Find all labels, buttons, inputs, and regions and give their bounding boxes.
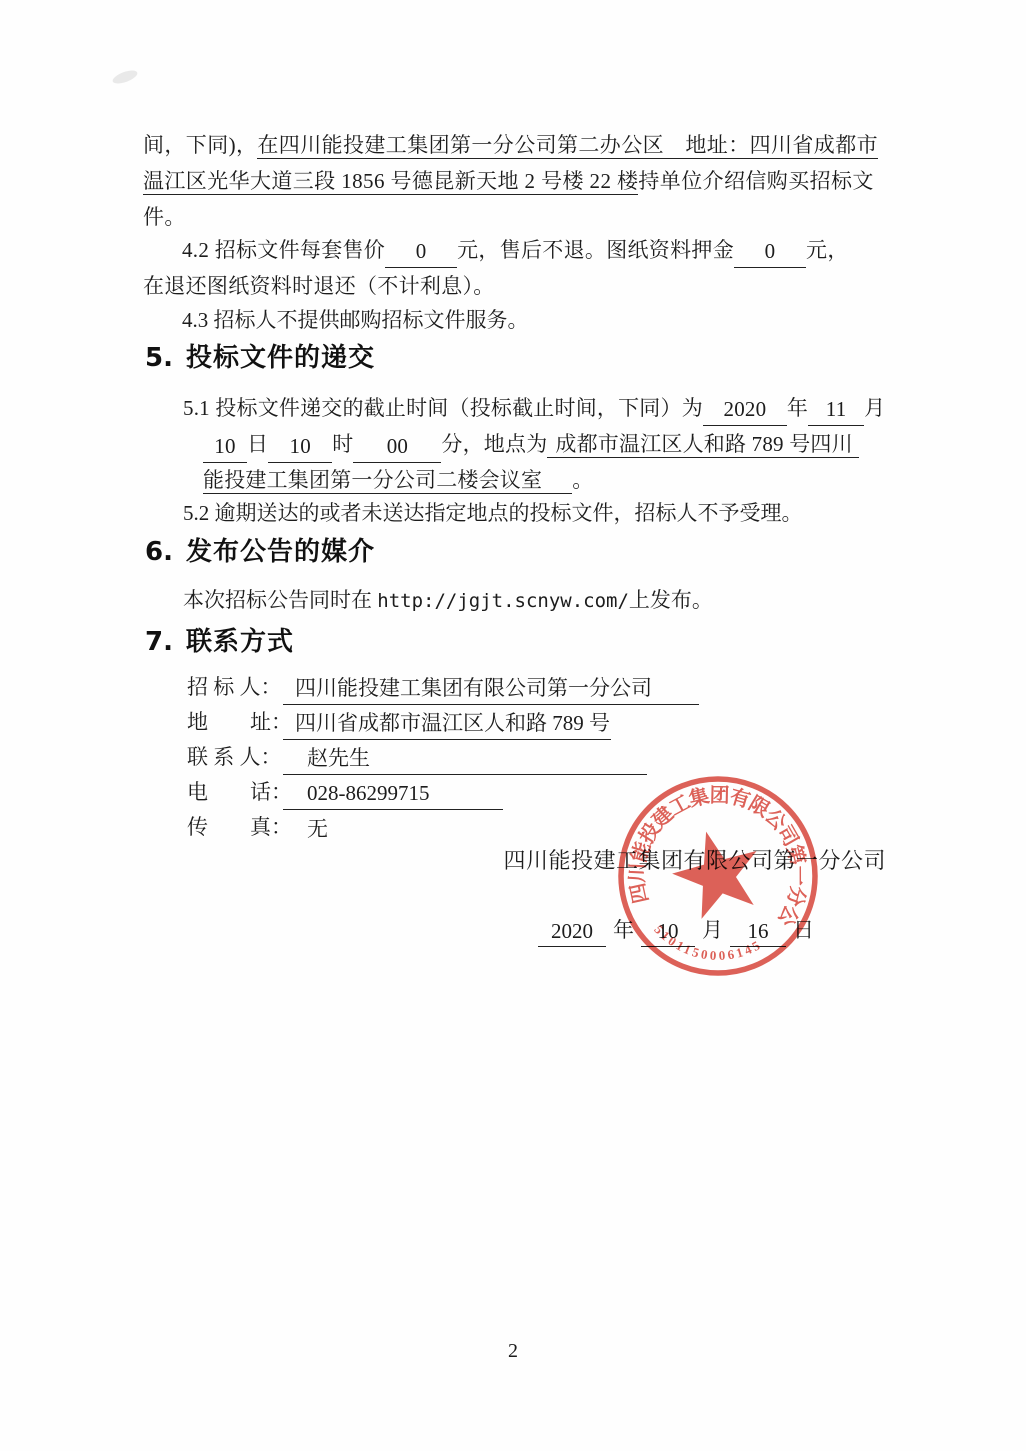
underlined-location: 在四川能投建工集团第一分公司第二办公区 地址：四川省成都市 (257, 133, 878, 159)
contact-value: 四川能投建工集团有限公司第一分公司 (283, 671, 699, 705)
text-run: 时 (332, 432, 353, 456)
clause-4-3: 4.3 招标人不提供邮购招标文件服务。 (182, 302, 529, 338)
clause-5-1: 5.1 投标文件递交的截止时间（投标截止时间，下同）为2020年11月 10日1… (183, 390, 885, 498)
text-run: 分，地点为 (441, 432, 547, 456)
contact-row-person: 联 系 人： 赵先生 (187, 740, 699, 775)
company-seal-stamp: 四川能投建工集团有限公司第一分公司 5101150006145 (615, 773, 821, 979)
heading-title: 联系方式 (186, 625, 294, 659)
text-run: 元， (806, 238, 849, 262)
contact-value: 赵先生 (283, 741, 647, 775)
clause-4-2: 4.2 招标文件每套售价0元，售后不退。图纸资料押金0元， 在退还图纸资料时退还… (143, 232, 923, 304)
text-run: 4.2 招标文件每套售价 (182, 238, 385, 262)
section-7-heading: 7.联系方式 (145, 625, 294, 659)
heading-title: 投标文件的递交 (186, 341, 375, 375)
text-run: 。 (572, 468, 593, 492)
clause-5-2: 5.2 逾期送达的或者未送达指定地点的投标文件，招标人不予受理。 (183, 495, 803, 531)
hour-blank: 10 (268, 428, 332, 463)
heading-number: 5. (145, 341, 173, 375)
paragraph-line: 间，下同)，在四川能投建工集团第一分公司第二办公区 地址：四川省成都市 (143, 127, 913, 163)
heading-number: 6. (145, 535, 173, 569)
paragraph-line: 温江区光华大道三段 1856 号德昆新天地 2 号楼 22 楼持单位介绍信购买招… (143, 163, 913, 199)
seal-star-icon (664, 820, 770, 923)
text-run: 月 (864, 396, 885, 420)
contact-label: 联 系 人： (187, 740, 283, 775)
contact-value: 四川省成都市温江区人和路 789 号 (283, 706, 611, 740)
year-blank: 2020 (703, 391, 787, 426)
continued-paragraph: 间，下同)，在四川能投建工集团第一分公司第二办公区 地址：四川省成都市 温江区光… (143, 127, 913, 235)
heading-number: 7. (145, 625, 173, 659)
page-number: 2 (0, 1340, 1026, 1363)
contact-label: 传 真： (187, 810, 283, 845)
contact-label: 地 址： (187, 705, 283, 740)
date-year-blank: 2020 (538, 914, 606, 947)
place-underline: 能投建工集团第一分公司二楼会议室 (203, 468, 572, 494)
contact-row-tenderee: 招 标 人： 四川能投建工集团有限公司第一分公司 (187, 670, 699, 705)
text-run: 持单位介绍信购买招标文 (638, 169, 873, 193)
place-underline: 成都市温江区人和路 789 号四川 (547, 432, 858, 458)
text-run: 本次招标公告同时在 (183, 588, 377, 612)
text-run: 4.3 招标人不提供邮购招标文件服务。 (182, 308, 529, 332)
paragraph-line: 5.1 投标文件递交的截止时间（投标截止时间，下同）为2020年11月 (183, 390, 885, 426)
document-page: 间，下同)，在四川能投建工集团第一分公司第二办公区 地址：四川省成都市 温江区光… (0, 0, 1026, 1451)
section-6-heading: 6.发布公告的媒介 (145, 535, 375, 569)
minute-blank: 00 (353, 428, 441, 463)
contact-label: 招 标 人： (187, 670, 283, 705)
text-run: 5.2 逾期送达的或者未送达指定地点的投标文件，招标人不予受理。 (183, 501, 803, 525)
section-5-heading: 5.投标文件的递交 (145, 341, 375, 375)
text-run: 5.1 投标文件递交的截止时间（投标截止时间，下同）为 (183, 396, 703, 420)
scan-speck (111, 68, 139, 86)
deposit-blank: 0 (734, 233, 806, 268)
paragraph-line: 能投建工集团第一分公司二楼会议室。 (203, 462, 885, 498)
price-blank: 0 (385, 233, 457, 268)
text-run: 年 (787, 396, 808, 420)
text-run: 件。 (143, 205, 186, 229)
day-blank: 10 (203, 428, 247, 463)
underlined-address: 温江区光华大道三段 1856 号德昆新天地 2 号楼 22 楼 (143, 169, 638, 195)
announcement-url: http://jgjt.scnyw.com/ (377, 590, 629, 612)
paragraph-line: 10日10时00分，地点为成都市温江区人和路 789 号四川 (203, 426, 885, 462)
paragraph-line: 件。 (143, 199, 913, 235)
contact-row-address: 地 址： 四川省成都市温江区人和路 789 号 (187, 705, 699, 740)
month-blank: 11 (808, 391, 864, 426)
seal-graphic: 四川能投建工集团有限公司第一分公司 5101150006145 (615, 773, 821, 979)
publish-media-paragraph: 本次招标公告同时在 http://jgjt.scnyw.com/上发布。 (183, 582, 713, 618)
paragraph-line: 4.2 招标文件每套售价0元，售后不退。图纸资料押金0元， (143, 232, 923, 268)
heading-title: 发布公告的媒介 (186, 535, 375, 569)
contact-value: 无 (283, 812, 328, 845)
text-run: 间，下同)， (143, 133, 257, 157)
contact-value: 028-86299715 (283, 776, 503, 810)
text-run: 在退还图纸资料时退还（不计利息）。 (143, 274, 495, 298)
paragraph-line: 在退还图纸资料时退还（不计利息）。 (143, 268, 923, 304)
text-run: 2 (508, 1340, 518, 1362)
text-run: 元，售后不退。图纸资料押金 (457, 238, 734, 262)
text-run: 上发布。 (629, 588, 713, 612)
contact-label: 电 话： (187, 775, 283, 810)
text-run: 日 (247, 432, 268, 456)
